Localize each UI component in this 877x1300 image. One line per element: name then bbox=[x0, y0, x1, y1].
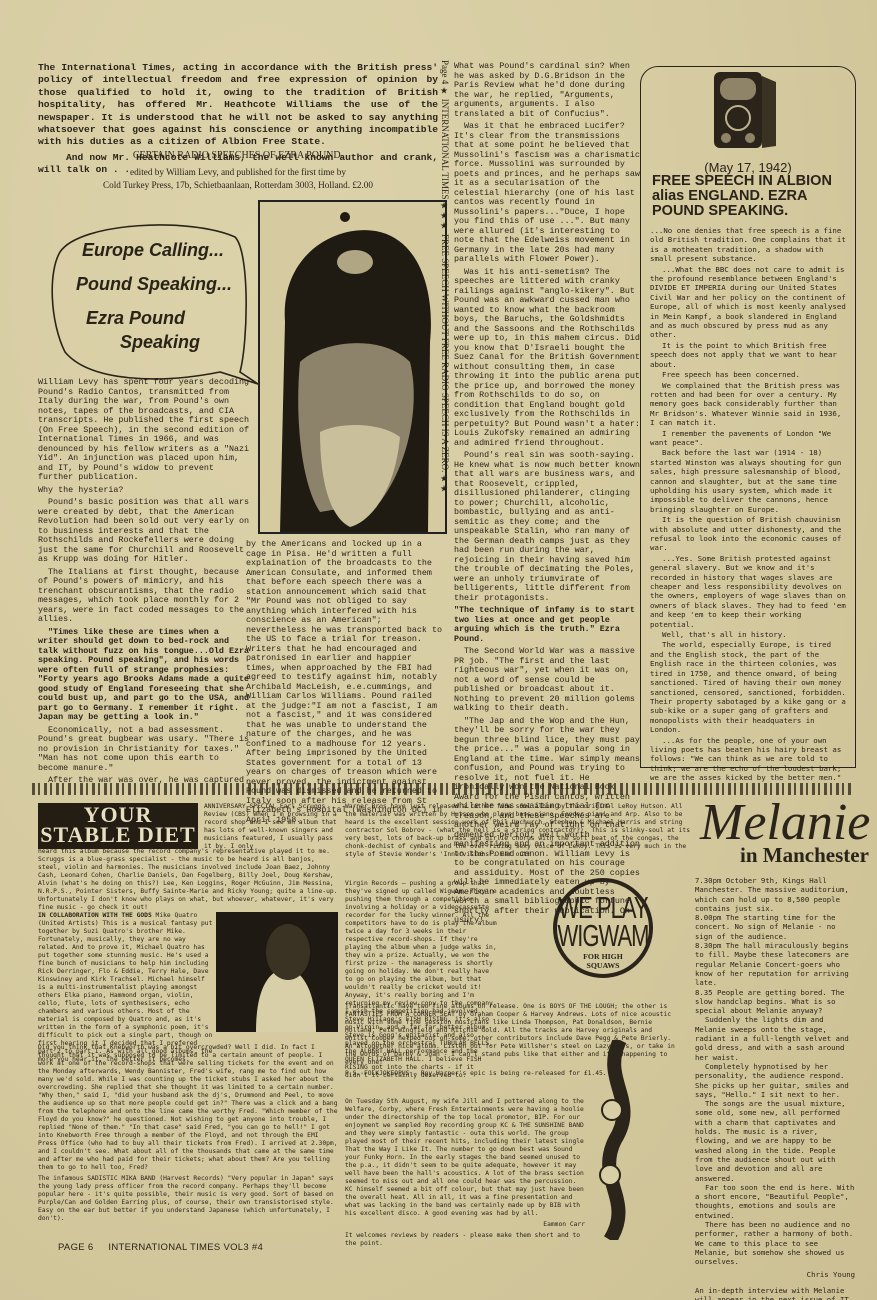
melanie-byline: Chris Young bbox=[695, 1270, 855, 1279]
side-strip: Page 4 ★ INTERNATIONAL TIMES ★★★ FREE SP… bbox=[440, 60, 454, 580]
free-speech-title: FREE SPEECH IN ALBION alias ENGLAND. EZR… bbox=[652, 174, 850, 219]
melanie-note: An in-depth interview with Melanie will … bbox=[695, 1286, 855, 1300]
intro-paragraph: The International Times, acting in accor… bbox=[38, 62, 438, 149]
book-title: CERTAIN RADIO SPEECHES OF EZRA POUND. bbox=[38, 150, 438, 161]
bubble-line: Ezra Pound bbox=[86, 308, 185, 329]
your-stable-diet-header: YOUR STABLE DIET bbox=[38, 803, 198, 849]
intro-block: The International Times, acting in accor… bbox=[38, 62, 438, 180]
bubble-line: Europe Calling... bbox=[82, 240, 224, 261]
book-credit: edited by William Levy, and published fo… bbox=[38, 166, 438, 192]
speech-bubble: Europe Calling... Pound Speaking... Ezra… bbox=[40, 212, 256, 382]
ezra-pound-photo bbox=[258, 200, 447, 534]
melanie-article: 7.30pm October 9th, Kings Hall Mancheste… bbox=[695, 876, 855, 1300]
review-hutson: Warner Bros have just released a rather … bbox=[345, 803, 690, 862]
review-scruggs: ANNIVERSARY SPECIAL Earl Scruggs Review … bbox=[204, 803, 344, 854]
quatro-photo bbox=[216, 912, 338, 1032]
review-scruggs-cont: heard this album because the record comp… bbox=[38, 848, 338, 915]
bubble-line: Speaking bbox=[120, 332, 200, 353]
free-speech-text: ...No one denies that free speech is a f… bbox=[650, 226, 848, 784]
article-column-1: William Levy has spent four years decodi… bbox=[38, 378, 250, 789]
melanie-subtitle: in Manchester bbox=[740, 843, 869, 868]
page-footer: PAGE 6 INTERNATIONAL TIMES VOL3 #4 bbox=[58, 1242, 275, 1253]
newspaper-page: The International Times, acting in accor… bbox=[0, 0, 877, 1300]
publication-name: INTERNATIONAL TIMES VOL3 #4 bbox=[108, 1242, 263, 1253]
page-number: PAGE 6 bbox=[58, 1242, 93, 1253]
bubble-line: Pound Speaking... bbox=[76, 274, 232, 295]
article-column-3: What was Pound's cardinal sin? When he w… bbox=[454, 62, 640, 929]
review-kc: On Tuesday 5th August, my wife Jill and … bbox=[345, 1098, 585, 1251]
review-knebworth: Did you think that Knebworth was a bit o… bbox=[38, 1044, 338, 1226]
radio-icon bbox=[708, 68, 780, 154]
ribbon-illustration bbox=[590, 1040, 650, 1240]
wigwam-badge: WE PLAY WIGWAM FOR HIGH SQUAWS bbox=[553, 878, 653, 978]
